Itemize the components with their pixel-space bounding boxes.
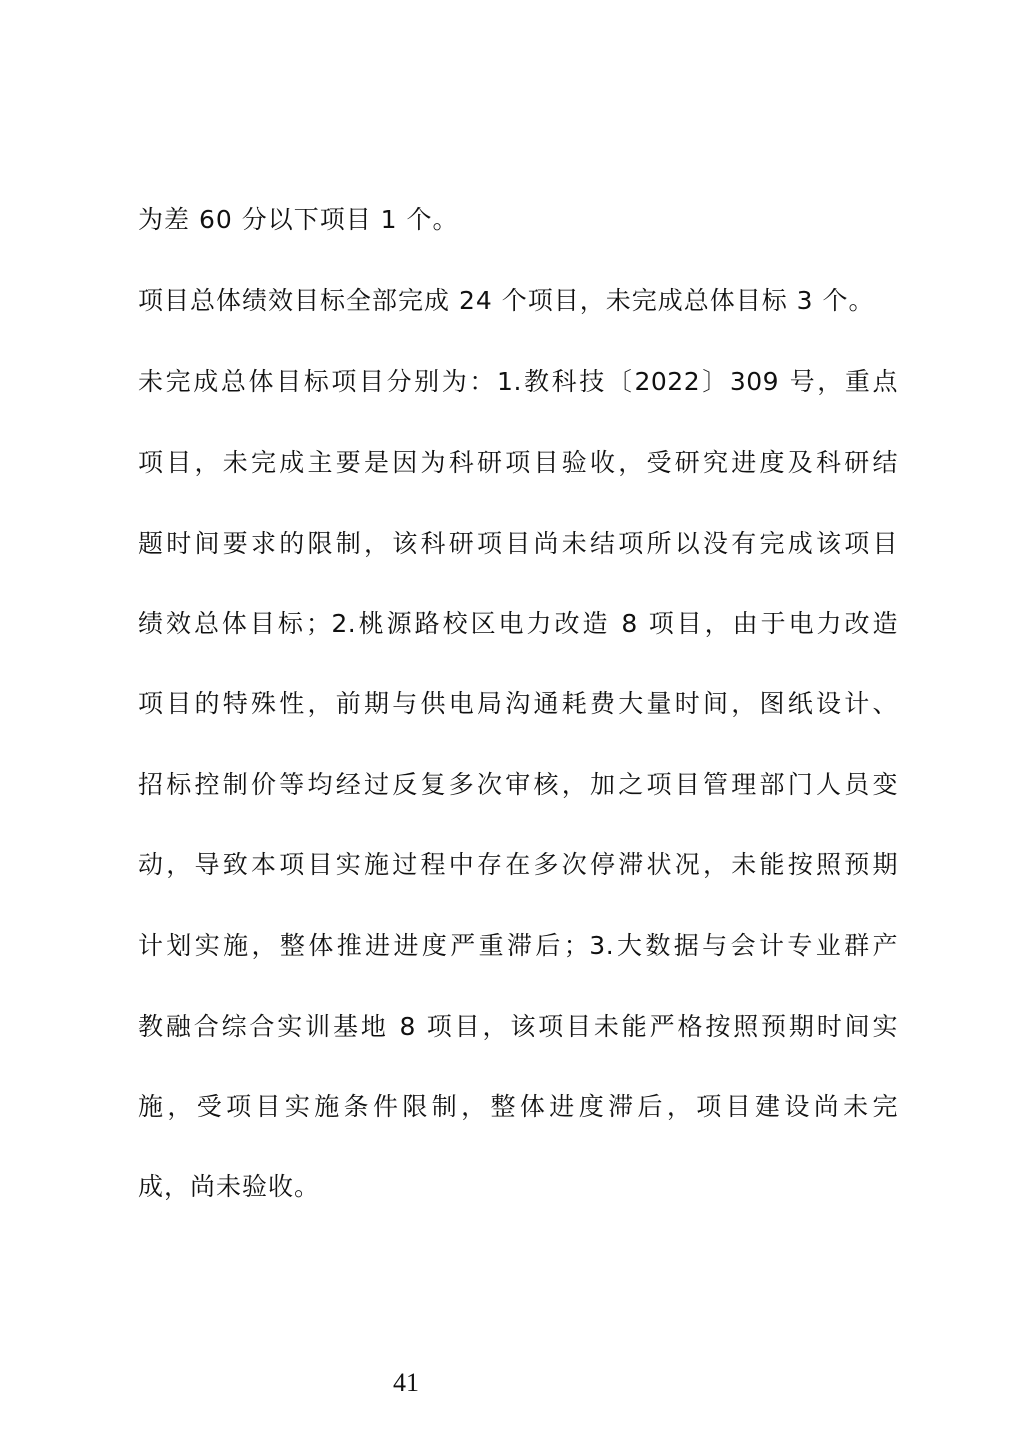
paragraph-3-line-5: 项目的特殊性，前期与供电局沟通耗费大量时间，图纸设计、 — [138, 684, 898, 724]
paragraph-1-line-1: 为差 60 分以下项目 1 个。 — [138, 200, 898, 240]
paragraph-3-line-4: 绩效总体目标；2.桃源路校区电力改造 8 项目，由于电力改造 — [138, 604, 898, 644]
paragraph-2-line-1: 项目总体绩效目标全部完成 24 个项目，未完成总体目标 3 个。 — [138, 281, 898, 321]
paragraph-3-line-1: 未完成总体目标项目分别为：1.教科技〔2022〕309 号，重点 — [138, 362, 898, 402]
paragraph-3-line-11: 成，尚未验收。 — [138, 1167, 898, 1207]
paragraph-3-line-10: 施，受项目实施条件限制，整体进度滞后，项目建设尚未完 — [138, 1087, 898, 1127]
paragraph-3-line-9: 教融合综合实训基地 8 项目，该项目未能严格按照预期时间实 — [138, 1007, 898, 1047]
paragraph-3-line-6: 招标控制价等均经过反复多次审核，加之项目管理部门人员变 — [138, 765, 898, 805]
paragraph-3-line-2: 项目，未完成主要是因为科研项目验收，受研究进度及科研结 — [138, 443, 898, 483]
paragraph-3-line-7: 动，导致本项目实施过程中存在多次停滞状况，未能按照预期 — [138, 845, 898, 885]
page-number: 41 — [370, 1366, 442, 1400]
paragraph-3-line-8: 计划实施，整体推进进度严重滞后；3.大数据与会计专业群产 — [138, 926, 898, 966]
document-page: 为差 60 分以下项目 1 个。 项目总体绩效目标全部完成 24 个项目，未完成… — [0, 0, 1024, 1448]
paragraph-3-line-3: 题时间要求的限制，该科研项目尚未结项所以没有完成该项目 — [138, 524, 898, 564]
